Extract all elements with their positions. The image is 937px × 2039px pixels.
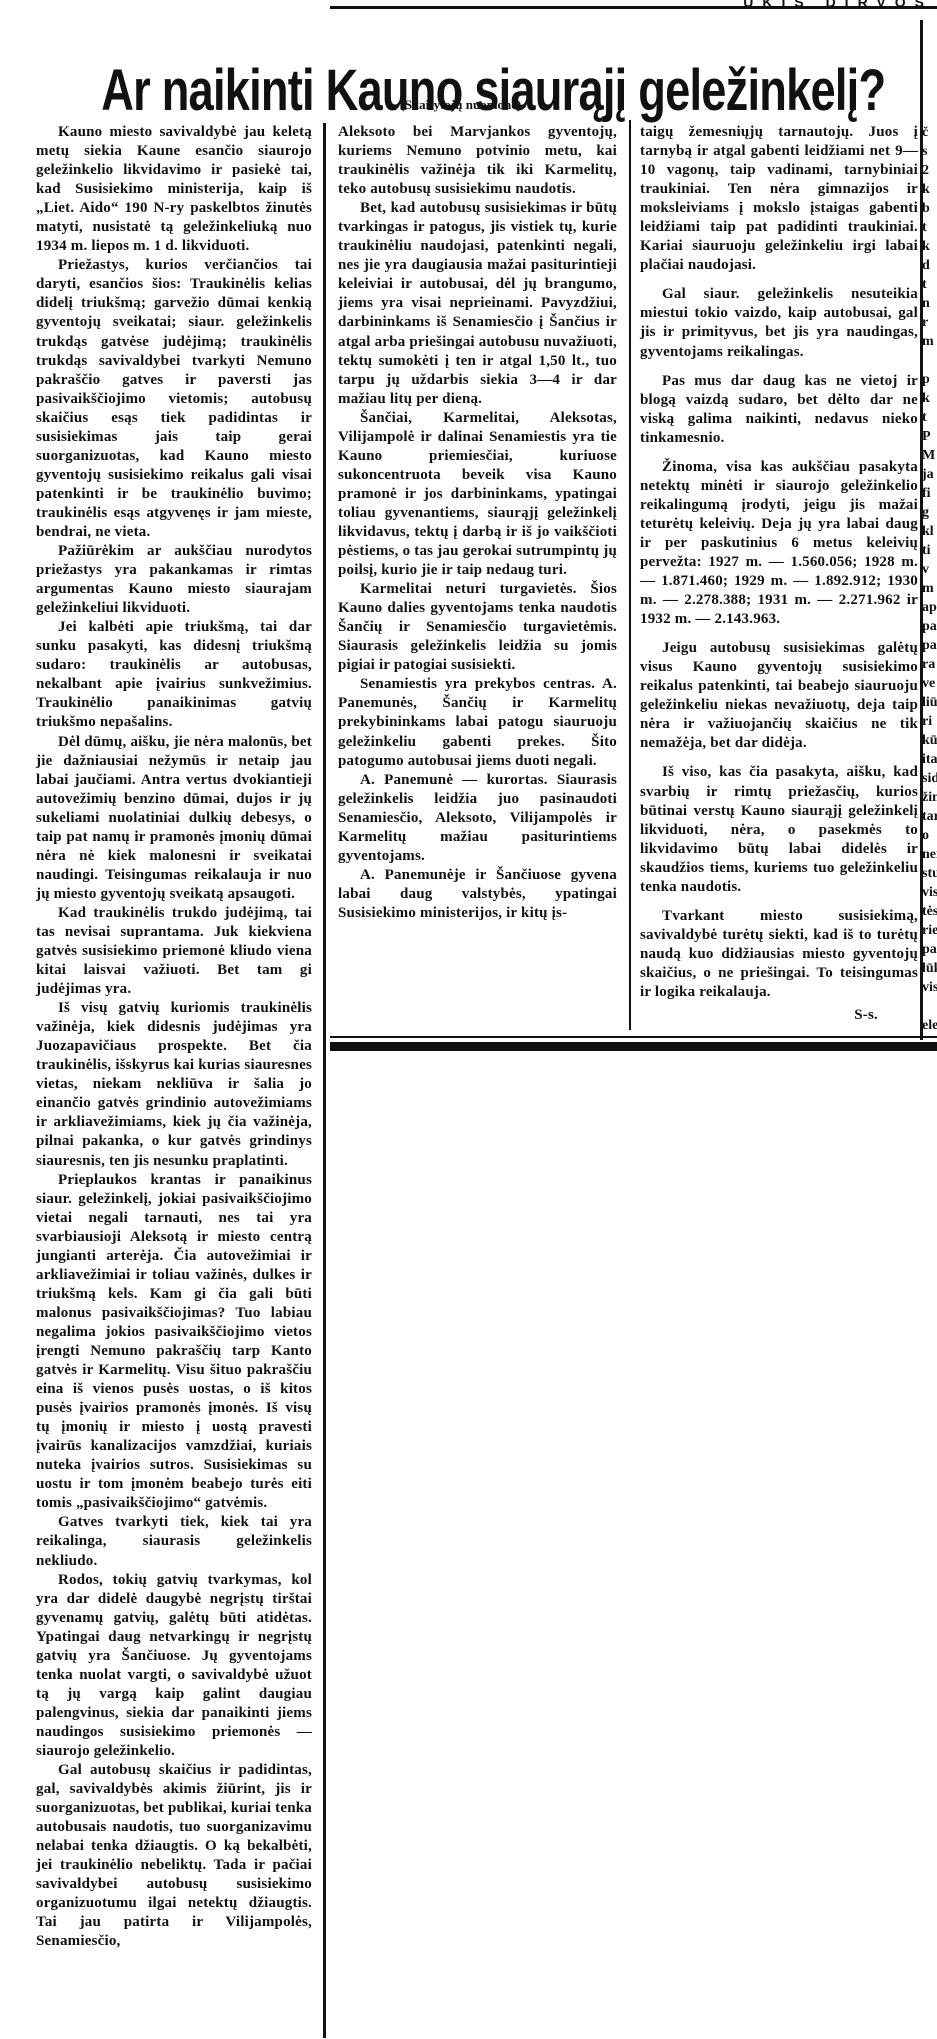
paragraph: Iš viso, kas čia pasakyta, aišku, kad sv… — [640, 763, 918, 896]
fragment-text: t — [922, 218, 937, 237]
paragraph: Priežastys, kurios verčiančios tai daryt… — [36, 256, 312, 542]
fragment-text: tar — [922, 807, 937, 826]
fragment-text: tės — [922, 902, 937, 921]
paragraph: Prieplaukos krantas ir panaikinus siaur.… — [36, 1171, 312, 1514]
fragment-text: d — [922, 256, 937, 275]
paragraph: Bet, kad autobusų susisiekimas ir būtų t… — [338, 199, 617, 409]
fragment-text: o — [922, 826, 937, 845]
fragment-text: fi — [922, 484, 937, 503]
paragraph: Karmelitai neturi turgavietės. Šios Kaun… — [338, 580, 617, 675]
fragment-text: č — [922, 123, 937, 142]
fragment-text: ve — [922, 674, 937, 693]
article-column-1: Kauno miesto savivaldybė jau keletą metų… — [36, 123, 312, 1952]
fragment-text: k — [922, 180, 937, 199]
masthead-fragment: ŪKIS DIRVOS — [743, 0, 933, 10]
fragment-text: ra — [922, 655, 937, 674]
fragment-text: 2 — [922, 161, 937, 180]
article-subhead: (Skaitytojų nuomonė). — [0, 97, 925, 113]
paragraph: Gal autobusų skaičius ir padidintas, gal… — [36, 1761, 312, 1951]
paragraph: Iš visų gatvių kuriomis traukinėlis važi… — [36, 999, 312, 1170]
fragment-text: ita — [922, 750, 937, 769]
fragment-text: pa — [922, 636, 937, 655]
paragraph: A. Panemunėje ir Šančiuose gyvena labai … — [338, 866, 617, 923]
paragraph: Jei kalbėti apie triukšmą, tai dar sunku… — [36, 618, 312, 732]
fragment-text: P — [922, 427, 937, 446]
fragment-text: n — [922, 294, 937, 313]
fragment-text: m — [922, 332, 937, 351]
column-divider — [629, 120, 631, 1030]
article-headline: Ar naikinti Kauno siaurąjį geležinkelį? — [101, 57, 819, 125]
fragment-text: v — [922, 560, 937, 579]
paragraph: Tvarkant miesto susisiekimą, savivaldybė… — [640, 907, 918, 1002]
fragment-text: rie — [922, 921, 937, 940]
fragment-text: r — [922, 313, 937, 332]
paragraph: Šančiai, Karmelitai, Aleksotas, Vilijamp… — [338, 409, 617, 580]
article-end-rule-thin — [330, 1036, 937, 1038]
paragraph: Pažiūrėkim ar aukščiau nurodytos priežas… — [36, 542, 312, 618]
fragment-text: kū — [922, 731, 937, 750]
paragraph: taigų žemesniųjų tarnautojų. Juos į tarn… — [640, 123, 918, 275]
paragraph: Gatves tvarkyti tiek, kiek tai yra reika… — [36, 1513, 312, 1570]
fragment-text: M — [922, 446, 937, 465]
fragment-text: ap — [922, 598, 937, 617]
paragraph: Kauno miesto savivaldybė jau keletą metų… — [36, 123, 312, 256]
fragment-text: nei — [922, 845, 937, 864]
paragraph: Dėl dūmų, aišku, jie nėra malonūs, bet j… — [36, 733, 312, 904]
article-column-2: Aleksoto bei Marvjankos gyventojų, kurie… — [338, 123, 617, 923]
paragraph: Pas mus dar daug kas ne vietoj ir blogą … — [640, 372, 918, 448]
fragment-text: sid — [922, 769, 937, 788]
paragraph: Žinoma, visa kas aukščiau pasakyta netek… — [640, 458, 918, 629]
column-divider — [323, 123, 326, 2038]
fragment-text: kl — [922, 522, 937, 541]
fragment-text: s — [922, 142, 937, 161]
fragment-text: k — [922, 389, 937, 408]
fragment-text: t — [922, 275, 937, 294]
paragraph: Gal siaur. geležinkelis nesuteikia miest… — [640, 285, 918, 361]
fragment-text: lūk — [922, 959, 937, 978]
article-end-rule-thick — [330, 1042, 937, 1051]
fragment-text: pa — [922, 617, 937, 636]
fragment-text: m — [922, 579, 937, 598]
adjacent-article-fragment: č s 2 k b t k d t n r m p k t P M ja fi … — [922, 0, 937, 1050]
paragraph: Kad traukinėlis trukdo judėjimą, tai tas… — [36, 904, 312, 999]
fragment-text: stu — [922, 864, 937, 883]
paragraph: A. Panemunė — kurortas. Siaurasis geleži… — [338, 771, 617, 866]
fragment-text — [922, 351, 937, 370]
fragment-text: g — [922, 503, 937, 522]
fragment-text: k — [922, 237, 937, 256]
masthead-rule: ŪKIS DIRVOS — [330, 0, 937, 9]
paragraph: Jeigu autobusų susisiekimas galėtų visus… — [640, 639, 918, 753]
fragment-text — [922, 997, 937, 1016]
fragment-text: p — [922, 370, 937, 389]
fragment-text: b — [922, 199, 937, 218]
fragment-text: ri — [922, 712, 937, 731]
fragment-text: ja — [922, 465, 937, 484]
fragment-text: visl — [922, 978, 937, 997]
author-signature: S-s. — [640, 1006, 918, 1025]
fragment-text: žin — [922, 788, 937, 807]
fragment-text: ti — [922, 541, 937, 560]
article-column-3: taigų žemesniųjų tarnautojų. Juos į tarn… — [640, 123, 918, 1025]
fragment-text: t — [922, 408, 937, 427]
paragraph: Rodos, tokių gatvių tvarkymas, kol yra d… — [36, 1571, 312, 1761]
fragment-text: pač — [922, 940, 937, 959]
fragment-text: liū — [922, 693, 937, 712]
fragment-text: vis — [922, 883, 937, 902]
paragraph: Senamiestis yra prekybos centras. A. Pan… — [338, 675, 617, 770]
fragment-text: ele — [922, 1016, 937, 1035]
paragraph: Aleksoto bei Marvjankos gyventojų, kurie… — [338, 123, 617, 199]
